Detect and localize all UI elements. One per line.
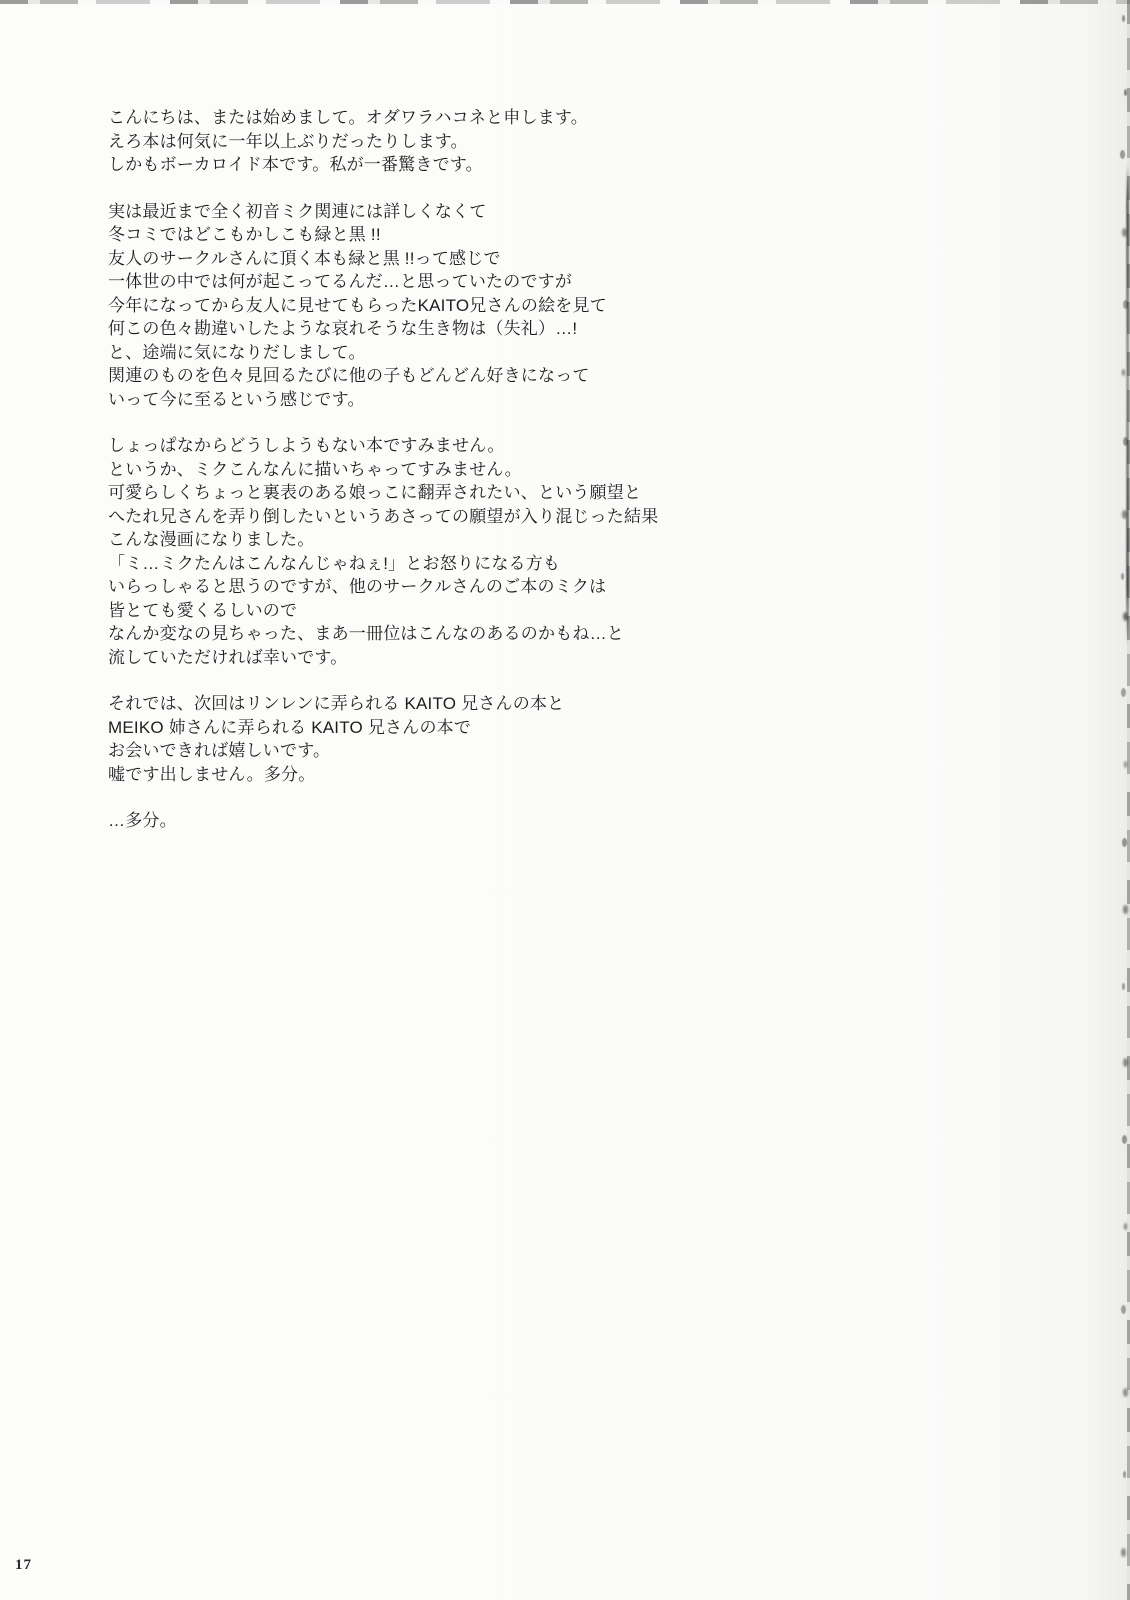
page-number: 17 <box>15 1557 32 1574</box>
afterword-paragraph-maybe: …多分。 <box>108 809 748 833</box>
afterword-paragraph-greeting: こんにちは、または始めまして。オダワラハコネと申します。 えろ本は何気に一年以上… <box>108 106 748 177</box>
afterword-paragraph-next-time: それでは、次回はリンレンに弄られる KAITO 兄さんの本と MEIKO 姉さん… <box>108 692 748 786</box>
scanned-page: こんにちは、または始めまして。オダワラハコネと申します。 えろ本は何気に一年以上… <box>0 0 1130 1600</box>
afterword-paragraph-apology: しょっぱなからどうしようもない本ですみません。 というか、ミクこんなんに描いちゃ… <box>108 434 748 669</box>
scan-right-edge-marks <box>1119 0 1124 9</box>
afterword-text-block: こんにちは、または始めまして。オダワラハコネと申します。 えろ本は何気に一年以上… <box>108 106 748 856</box>
afterword-paragraph-discovery: 実は最近まで全く初音ミク関連には詳しくなくて 冬コミではどこもかしこも緑と黒 !… <box>108 200 748 412</box>
scan-top-edge-artifact <box>0 0 1130 4</box>
